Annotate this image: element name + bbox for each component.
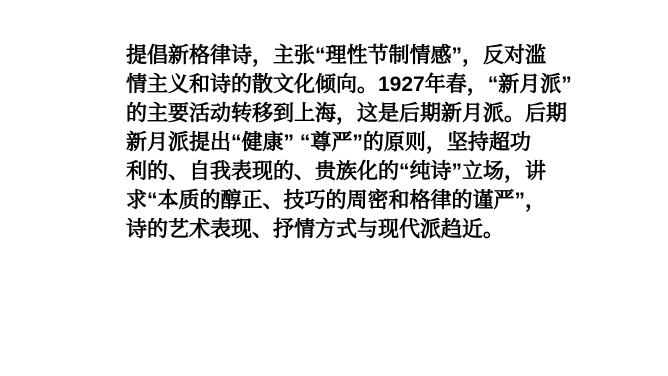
paragraph-line-7: 诗的艺术表现、抒情方式与现代派趋近。: [126, 215, 604, 244]
paragraph-line-3: 的主要活动转移到上海，这是后期新月派。后期: [126, 99, 604, 128]
paragraph-line-2: 情主义和诗的散文化倾向。1927年春，“新月派”: [126, 70, 604, 99]
paragraph-line-1: 提倡新格律诗，主张“理性节制情感”，反对滥: [126, 41, 604, 70]
paragraph-line-6: 求“本质的醇正、技巧的周密和格律的谨严”，: [126, 186, 604, 215]
paragraph: 提倡新格律诗，主张“理性节制情感”，反对滥 情主义和诗的散文化倾向。1927年春…: [126, 41, 604, 244]
slide-canvas: 提倡新格律诗，主张“理性节制情感”，反对滥 情主义和诗的散文化倾向。1927年春…: [0, 0, 668, 376]
paragraph-line-5: 利的、自我表现的、贵族化的“纯诗”立场，讲: [126, 157, 604, 186]
paragraph-line-4: 新月派提出“健康” “尊严”的原则，坚持超功: [126, 128, 604, 157]
